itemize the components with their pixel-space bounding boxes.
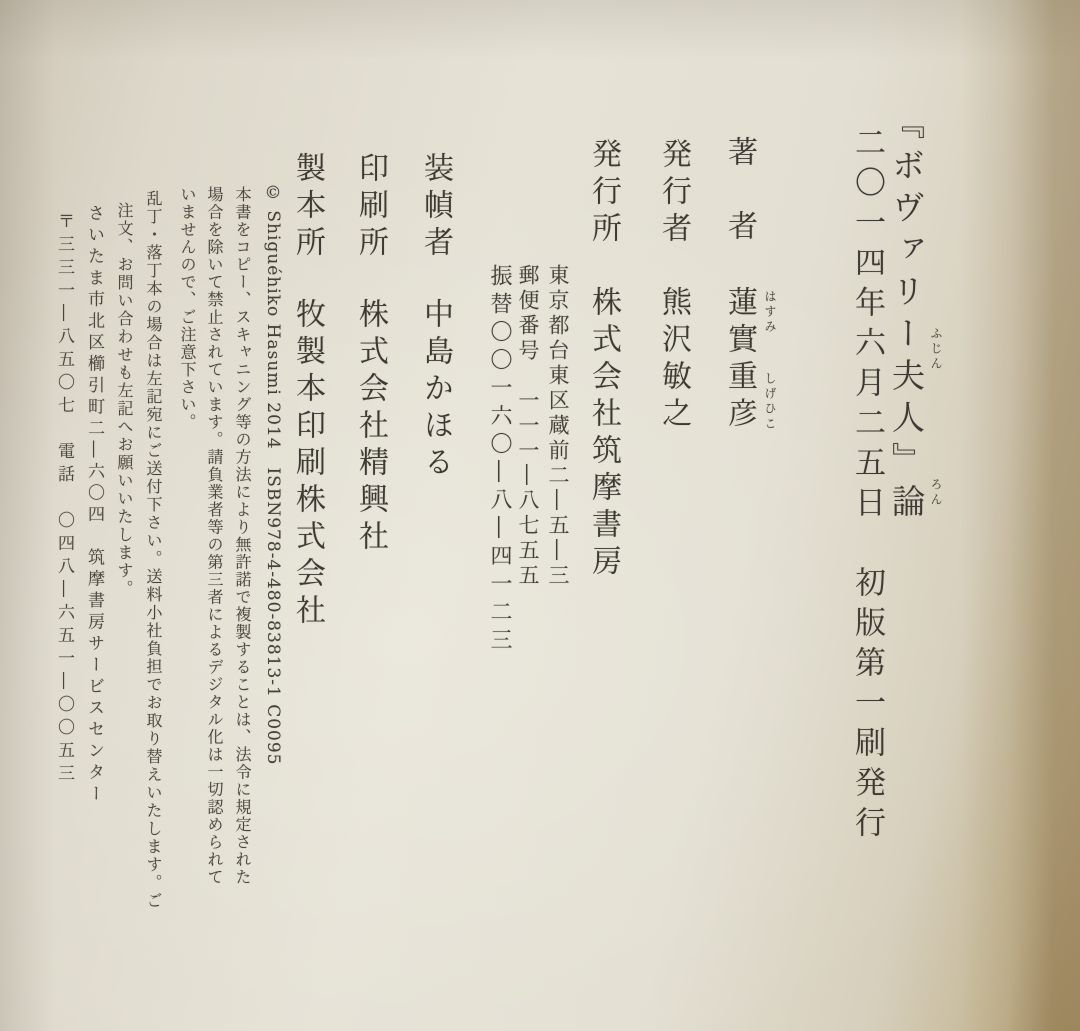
notice-line-2: 場合を除いて禁止されています。請負業者等の第三者によるデジタル化は一切認められて: [206, 186, 222, 886]
binder-name: 牧製本印刷株式会社: [292, 298, 322, 631]
colophon-page: 『ボヴァリー夫人』論 ふじん ろん 二〇一四年六月二五日 初版第一刷発行 著 者…: [0, 0, 1080, 1031]
contact-line-4: 〒三三一―八五〇七 電話 〇四八―六五一―〇〇五三: [55, 212, 72, 787]
author-label: 著 者: [724, 136, 754, 247]
contact-line-2: 注文、お問い合わせも左記へお願いいたします。: [116, 202, 132, 598]
publisher-transfer: 振替〇〇一六〇―八―四一二三: [488, 264, 510, 656]
notice-line-1: 本書をコピー、スキャニング等の方法により無許諾で複製することは、法令に規定された: [234, 186, 250, 886]
publisher-label: 発行所: [588, 138, 618, 249]
publisher-address: 東京都台東区蔵前二―五―三: [547, 264, 568, 589]
contact-line-3: さいたま市北区櫛引町二―六〇四 筑摩書房サービスセンター: [85, 204, 102, 806]
title-ruby-fujin: ふじん: [930, 327, 942, 372]
copyright-isbn-line: © Shiguéhiko Hasumi 2014 ISBN978-4-480-8…: [264, 183, 281, 766]
author-ruby-sei: はすみ: [764, 290, 776, 335]
binder-label: 製本所: [292, 152, 322, 263]
designer-name: 中島かほる: [420, 298, 450, 483]
printer-name: 株式会社精興社: [355, 298, 385, 557]
contact-line-1: 乱丁・落丁本の場合は左記宛にご送付下さい。送料小社負担でお取り替えいたします。ご: [145, 190, 161, 910]
edition-line: 二〇一四年六月二五日 初版第一刷発行: [851, 126, 882, 846]
book-title: 『ボヴァリー夫人』論: [890, 106, 923, 526]
printer-label: 印刷所: [355, 152, 385, 263]
notice-line-3: いませんので、ご注意下さい。: [179, 186, 195, 431]
designer-label: 装幀者: [420, 152, 450, 263]
issuer-name: 熊沢敏之: [658, 286, 688, 434]
author-name: 蓮實重彦: [724, 286, 754, 434]
issuer-label: 発行者: [658, 138, 688, 249]
title-ruby-ron: ろん: [930, 478, 942, 508]
publisher-postal: 郵便番号 一一一―八七五五: [517, 264, 538, 589]
publisher-name: 株式会社筑摩書房: [588, 286, 618, 582]
page-curl-shadow: [960, 0, 1080, 1031]
author-ruby-mei: しげひこ: [764, 372, 776, 432]
